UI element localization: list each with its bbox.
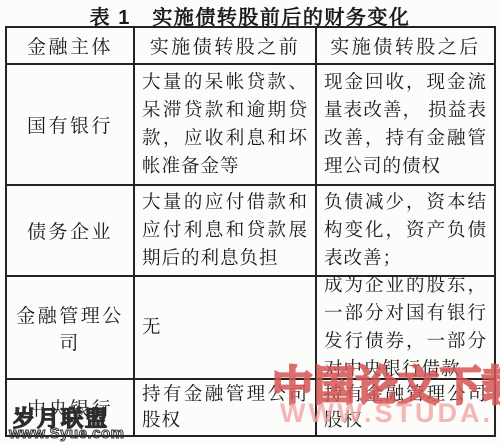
cell-debtor-enterprises-before: 大量的应付借款和应付利息和贷款展期后的利息负担 (135, 186, 317, 277)
cell-fin-mgmt-company-before: 无 (135, 277, 317, 380)
row-label-central-bank: 中央银行 (7, 380, 135, 435)
row-label-fin-mgmt-company: 金融管理公司 (7, 277, 135, 380)
cell-state-banks-before: 大量的呆帐贷款、呆滞贷款和逾期贷款，应收利息和坏帐准备金等 (135, 65, 317, 186)
cell-debtor-enterprises-after: 负债减少，资本结构变化，资产负债表改善； (317, 186, 494, 277)
header-cell-after: 实施债转股之后 (317, 28, 494, 65)
cell-central-bank-before: 持有金融管理公司股权 (135, 380, 317, 435)
cell-state-banks-after: 现金回收，现金流量表改善， 损益表改善，持有金融管理公司的债权 (317, 65, 494, 186)
header-cell-before: 实施债转股之前 (135, 28, 317, 65)
row-label-debtor-enterprises: 债务企业 (7, 186, 135, 277)
cell-central-bank-after: 持有金融管理公司股权 (317, 380, 494, 435)
row-label-state-banks: 国有银行 (7, 65, 135, 186)
header-cell-subject: 金融主体 (7, 28, 135, 65)
cell-fin-mgmt-company-after: 成为企业的股东，一部分对国有银行发行债券，一部分对中央银行借款 (317, 277, 494, 380)
financial-changes-table: 金融主体 实施债转股之前 实施债转股之后 国有银行 大量的呆帐贷款、呆滞贷款和逾… (5, 26, 496, 437)
